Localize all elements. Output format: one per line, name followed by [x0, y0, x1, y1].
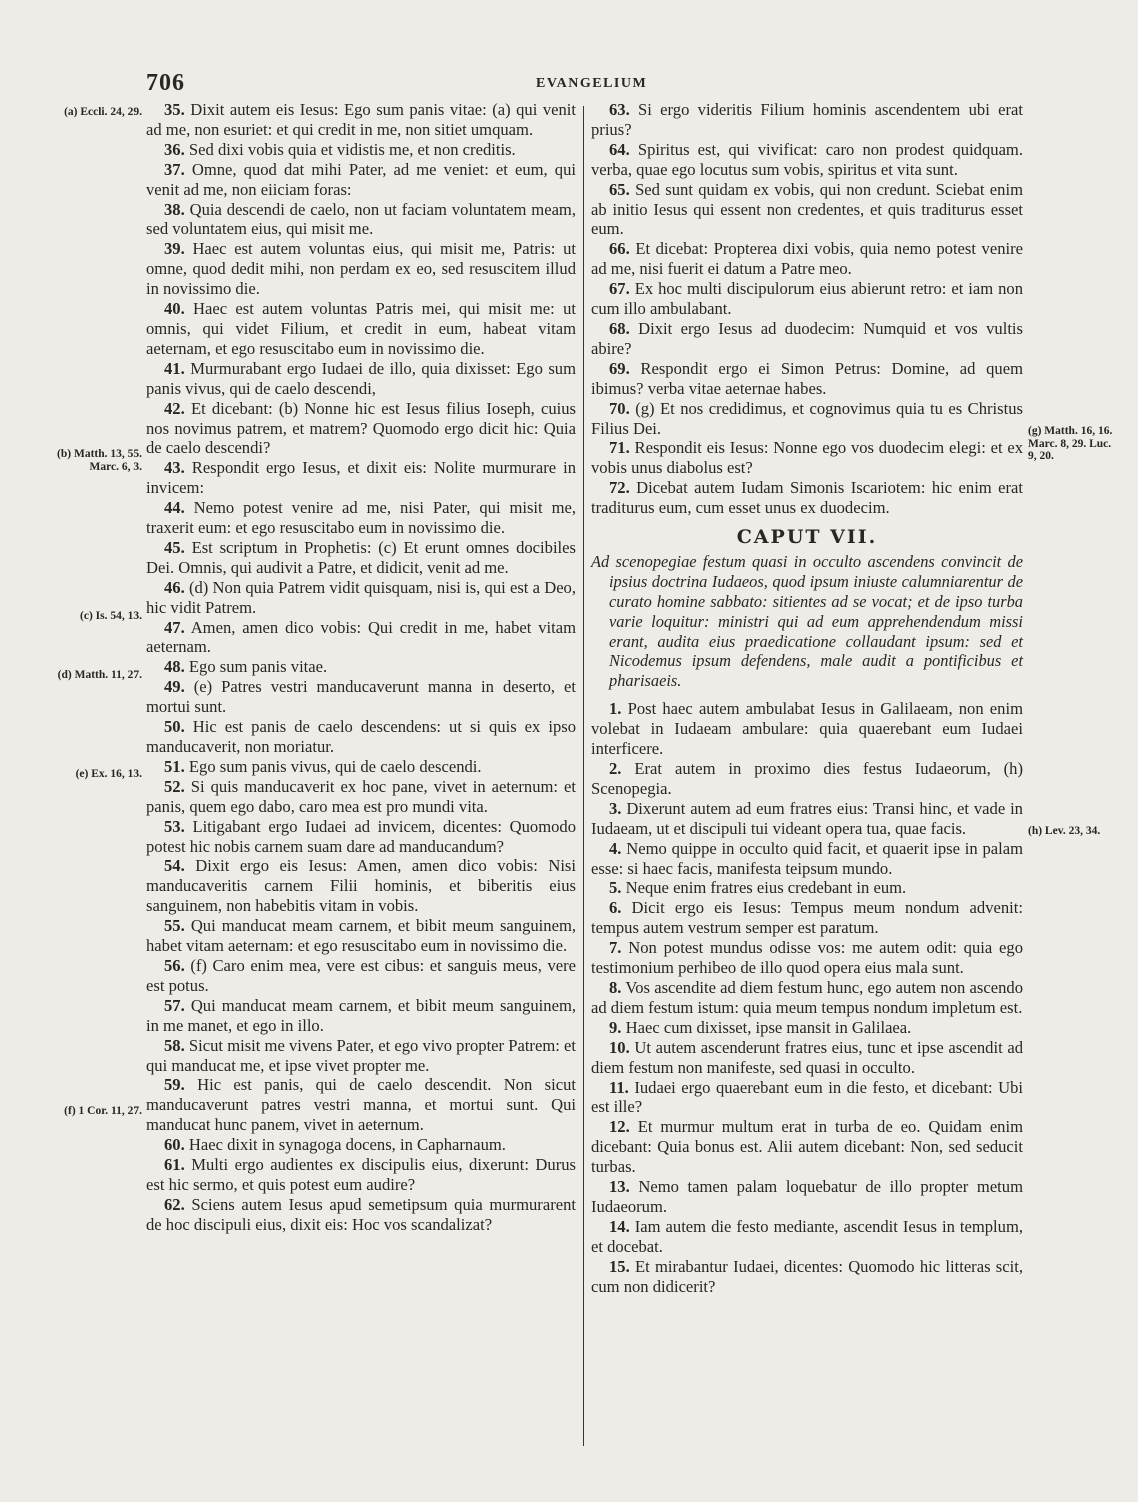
verse-text: Non potest mundus odisse vos: me autem o…: [591, 938, 1023, 977]
marginal-note-a: (a) Eccli. 24, 29.: [50, 106, 142, 119]
verse: 67. Ex hoc multi discipulorum eius abier…: [591, 279, 1023, 319]
page-header: 706 EVANGELIUM: [0, 70, 1138, 100]
verse-text: Qui manducat meam carnem, et bibit meum …: [146, 996, 576, 1035]
verse-text: Respondit ergo Iesus, et dixit eis: Noli…: [146, 458, 576, 497]
verse: 72. Dicebat autem Iudam Simonis Iscariot…: [591, 478, 1023, 518]
verse-number: 62.: [164, 1195, 185, 1214]
verse-text: Post haec autem ambulabat Iesus in Galil…: [591, 699, 1023, 758]
verse: 2. Erat autem in proximo dies festus Iud…: [591, 759, 1023, 799]
verse-text: Dicit ergo eis Iesus: Tempus meum nondum…: [591, 898, 1023, 937]
verse: 14. Iam autem die festo mediante, ascend…: [591, 1217, 1023, 1257]
verse-number: 46.: [164, 578, 185, 597]
verse: 42. Et dicebant: (b) Nonne hic est Iesus…: [146, 399, 576, 459]
verse-text: Haec est autem voluntas eius, qui misit …: [146, 239, 576, 298]
verse-number: 59.: [164, 1075, 185, 1094]
verse-number: 3.: [609, 799, 621, 818]
verse: 38. Quia descendi de caelo, non ut facia…: [146, 200, 576, 240]
verse-text: Dixit ergo eis Iesus: Amen, amen dico vo…: [146, 856, 576, 915]
verse: 4. Nemo quippe in occulto quid facit, et…: [591, 839, 1023, 879]
page-number: 706: [146, 70, 185, 97]
verse-number: 40.: [164, 299, 185, 318]
verse-text: Sicut misit me vivens Pater, et ego vivo…: [146, 1036, 576, 1075]
verse-text: Qui manducat meam carnem, et bibit meum …: [146, 916, 576, 955]
verse-number: 67.: [609, 279, 630, 298]
column-divider: [583, 106, 584, 1446]
verse-number: 1.: [609, 699, 621, 718]
verse: 68. Dixit ergo Iesus ad duodecim: Numqui…: [591, 319, 1023, 359]
verse: 70. (g) Et nos credidimus, et cognovimus…: [591, 399, 1023, 439]
verse-text: Si quis manducaverit ex hoc pane, vivet …: [146, 777, 576, 816]
verses-chapter-6: 63. Si ergo videritis Filium hominis asc…: [591, 100, 1023, 518]
verse: 61. Multi ergo audientes ex discipulis e…: [146, 1155, 576, 1195]
verse-text: (e) Patres vestri manducaverunt manna in…: [146, 677, 576, 716]
verse-number: 13.: [609, 1177, 630, 1196]
verse-number: 44.: [164, 498, 185, 517]
verse-number: 35.: [164, 100, 185, 119]
verse-number: 48.: [164, 657, 185, 676]
verse: 56. (f) Caro enim mea, vere est cibus: e…: [146, 956, 576, 996]
verse: 63. Si ergo videritis Filium hominis asc…: [591, 100, 1023, 140]
verse-number: 15.: [609, 1257, 630, 1276]
verse-text: Multi ergo audientes ex discipulis eius,…: [146, 1155, 576, 1194]
verse: 3. Dixerunt autem ad eum fratres eius: T…: [591, 799, 1023, 839]
verse: 12. Et murmur multum erat in turba de eo…: [591, 1117, 1023, 1177]
verse-number: 14.: [609, 1217, 630, 1236]
verse-number: 71.: [609, 438, 630, 457]
verse-number: 49.: [164, 677, 185, 696]
verse: 44. Nemo potest venire ad me, nisi Pater…: [146, 498, 576, 538]
verse-text: Et mirabantur Iudaei, dicentes: Quomodo …: [591, 1257, 1023, 1296]
verse-text: Nemo potest venire ad me, nisi Pater, qu…: [146, 498, 576, 537]
marginal-note-b: (b) Matth. 13, 55. Marc. 6, 3.: [50, 448, 142, 473]
verse-text: Sed sunt quidam ex vobis, qui non credun…: [591, 180, 1023, 239]
verse: 1. Post haec autem ambulabat Iesus in Ga…: [591, 699, 1023, 759]
verse-number: 42.: [164, 399, 185, 418]
verse-text: Si ergo videritis Filium hominis ascende…: [591, 100, 1023, 139]
verse-text: Sciens autem Iesus apud semetipsum quia …: [146, 1195, 576, 1234]
verse-text: Ut autem ascenderunt fratres eius, tunc …: [591, 1038, 1023, 1077]
verse: 58. Sicut misit me vivens Pater, et ego …: [146, 1036, 576, 1076]
marginal-note-f: (f) 1 Cor. 11, 27.: [50, 1105, 142, 1118]
marginal-note-c: (c) Is. 54, 13.: [50, 610, 142, 623]
verse: 49. (e) Patres vestri manducaverunt mann…: [146, 677, 576, 717]
verse: 45. Est scriptum in Prophetis: (c) Et er…: [146, 538, 576, 578]
verse-text: Iam autem die festo mediante, ascendit I…: [591, 1217, 1023, 1256]
verse-number: 39.: [164, 239, 185, 258]
chapter-title: CAPUT VII.: [591, 528, 1023, 548]
verse-number: 61.: [164, 1155, 185, 1174]
verse-number: 52.: [164, 777, 185, 796]
verse-number: 12.: [609, 1117, 630, 1136]
verse-number: 68.: [609, 319, 630, 338]
verse: 48. Ego sum panis vitae.: [146, 657, 576, 677]
verse: 46. (d) Non quia Patrem vidit quisquam, …: [146, 578, 576, 618]
verse-number: 54.: [164, 856, 185, 875]
verse-text: Dicebat autem Iudam Simonis Iscariotem: …: [591, 478, 1023, 517]
verse-number: 11.: [609, 1078, 629, 1097]
verse-number: 37.: [164, 160, 185, 179]
marginal-note-h: (h) Lev. 23, 34.: [1028, 825, 1118, 838]
verse: 41. Murmurabant ergo Iudaei de illo, qui…: [146, 359, 576, 399]
verse: 60. Haec dixit in synagoga docens, in Ca…: [146, 1135, 576, 1155]
verse-text: Haec cum dixisset, ipse mansit in Galila…: [626, 1018, 912, 1037]
verse-number: 4.: [609, 839, 621, 858]
verse-text: Et dicebat: Propterea dixi vobis, quia n…: [591, 239, 1023, 278]
verse-text: Haec est autem voluntas Patris mei, qui …: [146, 299, 576, 358]
verse-number: 60.: [164, 1135, 185, 1154]
verse-number: 69.: [609, 359, 630, 378]
verse-text: Ego sum panis vitae.: [189, 657, 327, 676]
chapter-summary: Ad scenopegiae festum quasi in occulto a…: [591, 552, 1023, 691]
verse: 39. Haec est autem voluntas eius, qui mi…: [146, 239, 576, 299]
verse: 5. Neque enim fratres eius credebant in …: [591, 878, 1023, 898]
verse-text: Sed dixi vobis quia et vidistis me, et n…: [189, 140, 516, 159]
left-column: 35. Dixit autem eis Iesus: Ego sum panis…: [146, 100, 576, 1235]
verse-text: Vos ascendite ad diem festum hunc, ego a…: [591, 978, 1023, 1017]
verse-text: (g) Et nos credidimus, et cognovimus qui…: [591, 399, 1023, 438]
verse-number: 6.: [609, 898, 621, 917]
verse-text: Litigabant ergo Iudaei ad invicem, dicen…: [146, 817, 576, 856]
verse-text: Et dicebant: (b) Nonne hic est Iesus fil…: [146, 399, 576, 458]
verse-number: 47.: [164, 618, 185, 637]
verse: 54. Dixit ergo eis Iesus: Amen, amen dic…: [146, 856, 576, 916]
verse-number: 55.: [164, 916, 185, 935]
verse: 43. Respondit ergo Iesus, et dixit eis: …: [146, 458, 576, 498]
verse: 40. Haec est autem voluntas Patris mei, …: [146, 299, 576, 359]
verse: 10. Ut autem ascenderunt fratres eius, t…: [591, 1038, 1023, 1078]
verse-number: 53.: [164, 817, 185, 836]
verse-number: 63.: [609, 100, 630, 119]
verse-text: Respondit ergo ei Simon Petrus: Domine, …: [591, 359, 1023, 398]
verse: 15. Et mirabantur Iudaei, dicentes: Quom…: [591, 1257, 1023, 1297]
verse: 66. Et dicebat: Propterea dixi vobis, qu…: [591, 239, 1023, 279]
verse-number: 38.: [164, 200, 185, 219]
verse-number: 45.: [164, 538, 185, 557]
verse: 51. Ego sum panis vivus, qui de caelo de…: [146, 757, 576, 777]
verse-number: 65.: [609, 180, 630, 199]
verse-number: 56.: [164, 956, 185, 975]
verse: 37. Omne, quod dat mihi Pater, ad me ven…: [146, 160, 576, 200]
verse: 55. Qui manducat meam carnem, et bibit m…: [146, 916, 576, 956]
verse-text: (f) Caro enim mea, vere est cibus: et sa…: [146, 956, 576, 995]
verse-text: Ex hoc multi discipulorum eius abierunt …: [591, 279, 1023, 318]
verse-number: 8.: [609, 978, 621, 997]
verse-text: Neque enim fratres eius credebant in eum…: [626, 878, 907, 897]
verse-text: Est scriptum in Prophetis: (c) Et erunt …: [146, 538, 576, 577]
verse: 69. Respondit ergo ei Simon Petrus: Domi…: [591, 359, 1023, 399]
verse: 57. Qui manducat meam carnem, et bibit m…: [146, 996, 576, 1036]
verse-number: 7.: [609, 938, 621, 957]
verse: 35. Dixit autem eis Iesus: Ego sum panis…: [146, 100, 576, 140]
verse-text: Hic est panis, qui de caelo descendit. N…: [146, 1075, 576, 1134]
verse-number: 5.: [609, 878, 621, 897]
verse-text: Dixit ergo Iesus ad duodecim: Numquid et…: [591, 319, 1023, 358]
right-column: 63. Si ergo videritis Filium hominis asc…: [591, 100, 1023, 1296]
verse: 62. Sciens autem Iesus apud semetipsum q…: [146, 1195, 576, 1235]
verse-text: Iudaei ergo quaerebant eum in die festo,…: [591, 1078, 1023, 1117]
verse: 9. Haec cum dixisset, ipse mansit in Gal…: [591, 1018, 1023, 1038]
verse: 11. Iudaei ergo quaerebant eum in die fe…: [591, 1078, 1023, 1118]
verse-number: 36.: [164, 140, 185, 159]
verse-number: 70.: [609, 399, 630, 418]
verse-text: Nemo quippe in occulto quid facit, et qu…: [591, 839, 1023, 878]
verse-number: 51.: [164, 757, 185, 776]
verse-text: Erat autem in proximo dies festus Iudaeo…: [591, 759, 1023, 798]
verse-text: Amen, amen dico vobis: Qui credit in me,…: [146, 618, 576, 657]
marginal-note-g: (g) Matth. 16, 16. Marc. 8, 29. Luc. 9, …: [1028, 425, 1118, 463]
verse-number: 43.: [164, 458, 185, 477]
verse-number: 66.: [609, 239, 630, 258]
verse: 47. Amen, amen dico vobis: Qui credit in…: [146, 618, 576, 658]
verse-text: Omne, quod dat mihi Pater, ad me veniet:…: [146, 160, 576, 199]
verse: 52. Si quis manducaverit ex hoc pane, vi…: [146, 777, 576, 817]
verse: 36. Sed dixi vobis quia et vidistis me, …: [146, 140, 576, 160]
verse-text: Ego sum panis vivus, qui de caelo descen…: [189, 757, 482, 776]
marginal-note-e: (e) Ex. 16, 13.: [50, 768, 142, 781]
verse-number: 64.: [609, 140, 630, 159]
verse: 13. Nemo tamen palam loquebatur de illo …: [591, 1177, 1023, 1217]
verse-text: Dixerunt autem ad eum fratres eius: Tran…: [591, 799, 1023, 838]
verse: 6. Dicit ergo eis Iesus: Tempus meum non…: [591, 898, 1023, 938]
verse-text: Spiritus est, qui vivificat: caro non pr…: [591, 140, 1023, 179]
verse-number: 57.: [164, 996, 185, 1015]
verse-text: Haec dixit in synagoga docens, in Caphar…: [189, 1135, 506, 1154]
verse-number: 10.: [609, 1038, 630, 1057]
verse-text: Murmurabant ergo Iudaei de illo, quia di…: [146, 359, 576, 398]
verse: 7. Non potest mundus odisse vos: me aute…: [591, 938, 1023, 978]
verses-chapter-7: 1. Post haec autem ambulabat Iesus in Ga…: [591, 699, 1023, 1296]
verse-number: 50.: [164, 717, 185, 736]
verse-text: Et murmur multum erat in turba de eo. Qu…: [591, 1117, 1023, 1176]
verse-text: Hic est panis de caelo descendens: ut si…: [146, 717, 576, 756]
verse: 59. Hic est panis, qui de caelo descendi…: [146, 1075, 576, 1135]
verse-text: Quia descendi de caelo, non ut faciam vo…: [146, 200, 576, 239]
verse: 53. Litigabant ergo Iudaei ad invicem, d…: [146, 817, 576, 857]
verse-text: Nemo tamen palam loquebatur de illo prop…: [591, 1177, 1023, 1216]
verse: 64. Spiritus est, qui vivificat: caro no…: [591, 140, 1023, 180]
verse-text: Dixit autem eis Iesus: Ego sum panis vit…: [146, 100, 576, 139]
running-head: EVANGELIUM: [536, 76, 647, 92]
verse-text: Respondit eis Iesus: Nonne ego vos duode…: [591, 438, 1023, 477]
verse: 8. Vos ascendite ad diem festum hunc, eg…: [591, 978, 1023, 1018]
verse-text: (d) Non quia Patrem vidit quisquam, nisi…: [146, 578, 576, 617]
verse: 50. Hic est panis de caelo descendens: u…: [146, 717, 576, 757]
verse: 65. Sed sunt quidam ex vobis, qui non cr…: [591, 180, 1023, 240]
marginal-note-d: (d) Matth. 11, 27.: [50, 669, 142, 682]
verse-number: 2.: [609, 759, 621, 778]
verse-number: 72.: [609, 478, 630, 497]
verse-number: 9.: [609, 1018, 621, 1037]
verse-number: 58.: [164, 1036, 185, 1055]
verse-number: 41.: [164, 359, 185, 378]
verse: 71. Respondit eis Iesus: Nonne ego vos d…: [591, 438, 1023, 478]
